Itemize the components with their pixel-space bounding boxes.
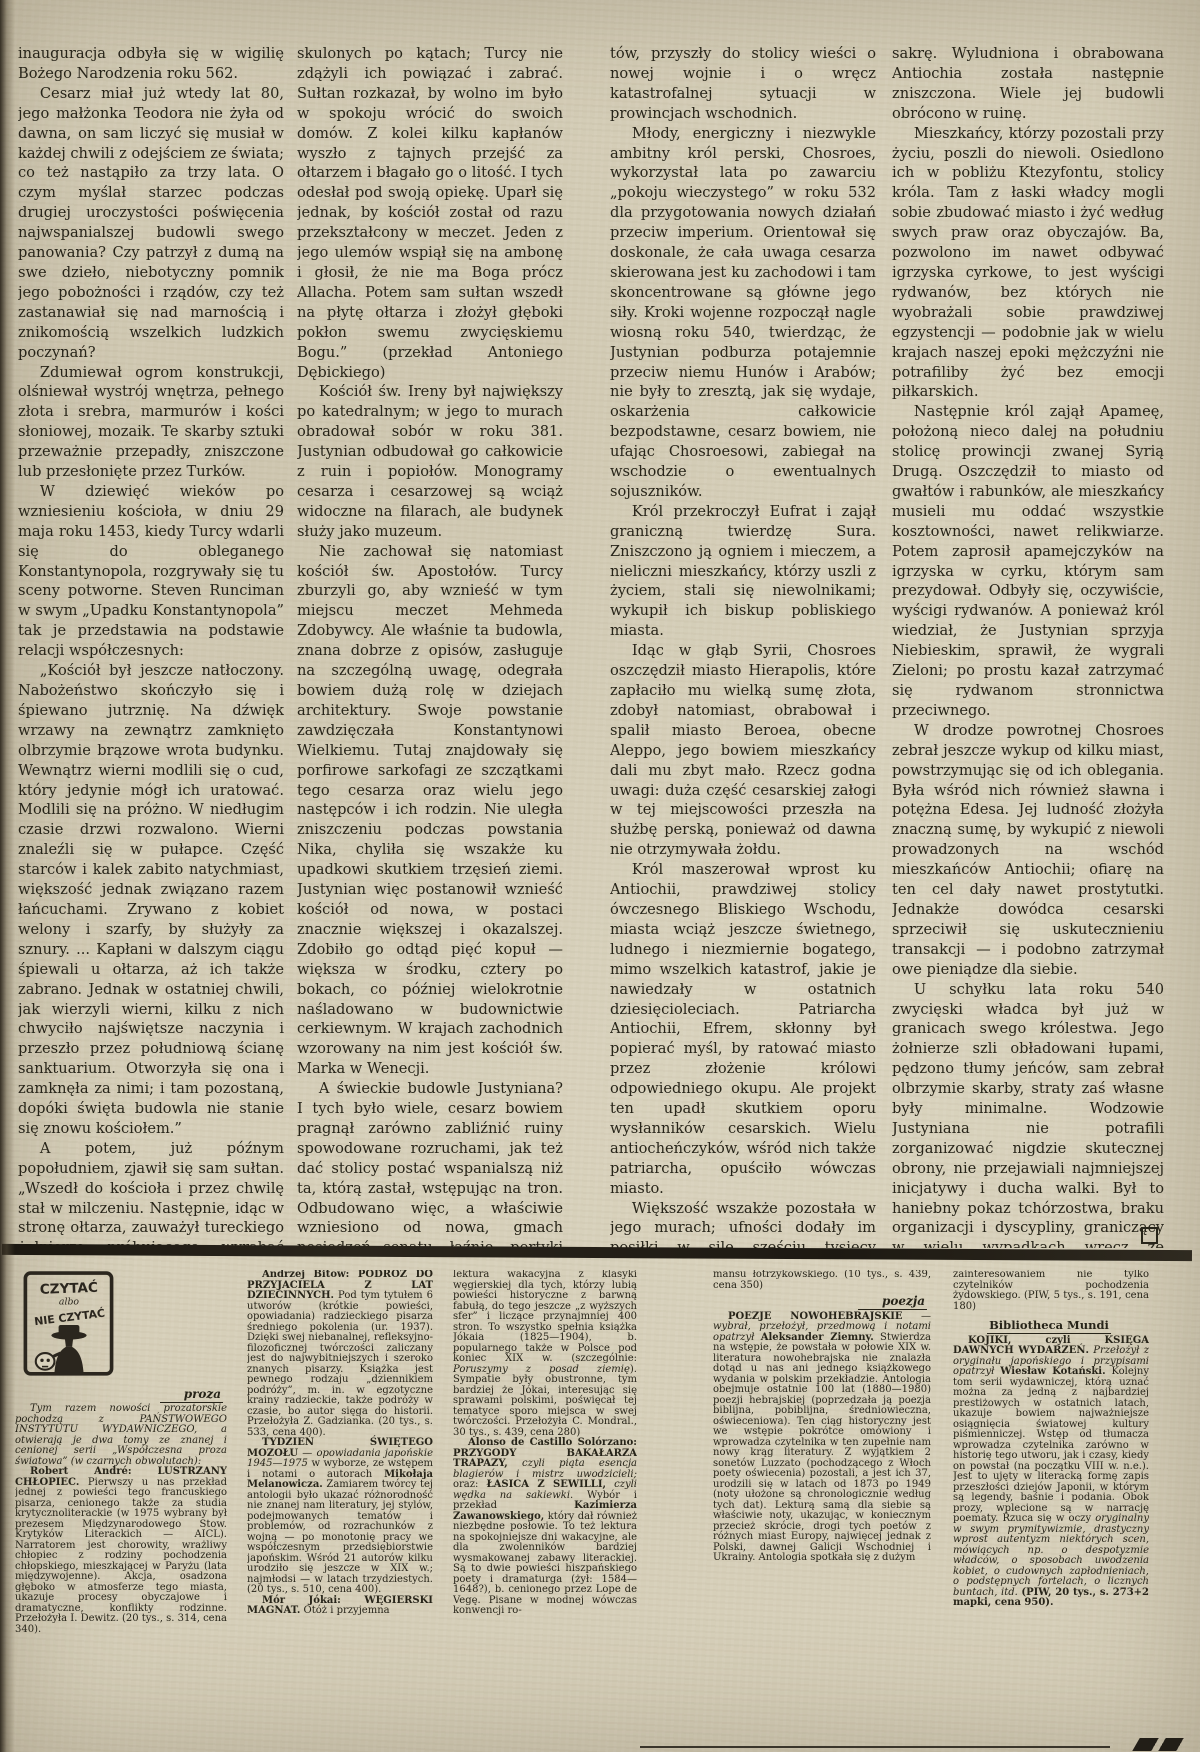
review-category-label: Bibliotheca Mundi bbox=[987, 1318, 1111, 1334]
stamp-text-line1: CZYTAĆ bbox=[40, 1278, 99, 1298]
paragraph: mansu łotrzykowskiego. (10 tys., s. 439,… bbox=[713, 1270, 931, 1291]
paragraph: Mieszkańcy, którzy pozostali przy życiu,… bbox=[892, 124, 1164, 403]
review-category-label: proza bbox=[160, 1387, 223, 1403]
end-of-article-mark bbox=[1141, 1227, 1158, 1244]
book-reviews-section: CZYTAĆ albo NIE CZYTAĆ prozaTym r bbox=[15, 1270, 1149, 1748]
review-category-header: proza bbox=[15, 1389, 223, 1400]
paragraph: Nie zachował się natomiast kościół św. A… bbox=[297, 542, 563, 1079]
czytac-stamp-icon: CZYTAĆ albo NIE CZYTAĆ bbox=[21, 1270, 117, 1378]
paragraph: skulonych po kątach; Turcy nie zdążyli i… bbox=[297, 44, 563, 382]
stamp-text-line3: NIE CZYTAĆ bbox=[33, 1307, 105, 1329]
paragraph: A potem, już późnym popołudniem, zjawił … bbox=[18, 1139, 284, 1248]
article-column-2: skulonych po kątach; Turcy nie zdążyli i… bbox=[297, 44, 563, 1248]
paragraph: Robert André: LUSTRZANY CHŁOPIEC. Pierws… bbox=[15, 1467, 227, 1635]
paragraph: Król maszerował wprost ku Antiochii, pra… bbox=[610, 860, 876, 1198]
review-category-header: Bibliotheca Mundi bbox=[953, 1320, 1145, 1331]
article-column-4: sakrę. Wyludniona i obrabowana Antiochia… bbox=[892, 44, 1164, 1248]
paragraph: „Kościół był jeszcze natłoczony. Nabożeń… bbox=[18, 661, 284, 1139]
review-category-label: poezja bbox=[858, 1294, 927, 1310]
paragraph: tów, przyszły do stolicy wieści o nowej … bbox=[610, 44, 876, 124]
page-corner-mark bbox=[1132, 1738, 1190, 1751]
review-column-1: CZYTAĆ albo NIE CZYTAĆ prozaTym r bbox=[15, 1270, 227, 1748]
stamp-text-line2: albo bbox=[59, 1296, 80, 1307]
paragraph: Alonso de Castillo Solórzano: PRZYGODY B… bbox=[453, 1438, 637, 1617]
review-column-1-text: prozaTym razem nowości prozatorskie poch… bbox=[15, 1389, 227, 1636]
paragraph: Idąc w głąb Syrii, Chosroes oszczędził m… bbox=[610, 641, 876, 860]
article-section: inauguracja odbyła się w wigilię Bożego … bbox=[18, 44, 1164, 1248]
paragraph: inauguracja odbyła się w wigilię Bożego … bbox=[18, 44, 284, 84]
page-edge-shadow bbox=[0, 0, 15, 1752]
hamlet-figure-icon bbox=[49, 1325, 86, 1373]
paragraph: lektura wakacyjna z klasyki węgierskiej … bbox=[453, 1270, 637, 1438]
review-column-3: lektura wakacyjna z klasyki węgierskiej … bbox=[453, 1270, 637, 1748]
paragraph: Następnie król zajął Apameę, położoną ni… bbox=[892, 402, 1164, 721]
bottom-edge-rule bbox=[640, 1746, 1110, 1748]
paragraph: Tym razem nowości prozatorskie pochodzą … bbox=[15, 1404, 227, 1467]
paragraph: Większość wszakże pozostała w jego murac… bbox=[610, 1199, 876, 1248]
article-column-3: tów, przyszły do stolicy wieści o nowej … bbox=[610, 44, 876, 1248]
paragraph: Mór Jókai: WĘGIERSKI MAGNAT. Otóż i przy… bbox=[247, 1596, 433, 1617]
paragraph: Kościół św. Ireny był największy po kate… bbox=[297, 382, 563, 541]
paragraph: A świeckie budowle Justyniana? I tych by… bbox=[297, 1079, 563, 1248]
article-column-1: inauguracja odbyła się w wigilię Bożego … bbox=[18, 44, 284, 1248]
paragraph: U schyłku lata roku 540 zwycięski władca… bbox=[892, 980, 1164, 1248]
paragraph: Cesarz miał już wtedy lat 80, jego małżo… bbox=[18, 84, 284, 363]
paragraph: KOJIKI, czyli KSIĘGA DAWNYCH WYDARZEŃ. P… bbox=[953, 1336, 1149, 1609]
review-category-header: poezja bbox=[713, 1296, 927, 1307]
paragraph: Młody, energiczny i niezwykle ambitny kr… bbox=[610, 124, 876, 502]
paragraph: Król przekroczył Eufrat i zajął graniczn… bbox=[610, 502, 876, 641]
paragraph: POEZJE NOWOHEBRAJSKIE — wybrał, przełoży… bbox=[713, 1312, 931, 1564]
paragraph: sakrę. Wyludniona i obrabowana Antiochia… bbox=[892, 44, 1164, 124]
paragraph: W drodze powrotnej Chosroes zebrał jeszc… bbox=[892, 721, 1164, 980]
paragraph: zainteresowaniem nie tylko czytelników p… bbox=[953, 1270, 1149, 1312]
paragraph: TYDZIEŃ ŚWIĘTEGO MOZOŁU — opowiadania ja… bbox=[247, 1438, 433, 1596]
paragraph: Zdumiewał ogrom konstrukcji, olśniewał w… bbox=[18, 363, 284, 482]
czytac-stamp: CZYTAĆ albo NIE CZYTAĆ bbox=[21, 1270, 117, 1382]
review-column-2: Andrzej Bitow: PODRÓŻ DO PRZYJACIELA Z L… bbox=[247, 1270, 433, 1748]
review-column-5: zainteresowaniem nie tylko czytelników p… bbox=[953, 1270, 1149, 1748]
review-column-4: mansu łotrzykowskiego. (10 tys., s. 439,… bbox=[713, 1270, 931, 1748]
skull-icon bbox=[36, 1353, 55, 1370]
paragraph: W dziewięć wieków po wzniesieniu kościoł… bbox=[18, 482, 284, 661]
paragraph: Andrzej Bitow: PODRÓŻ DO PRZYJACIELA Z L… bbox=[247, 1270, 433, 1438]
